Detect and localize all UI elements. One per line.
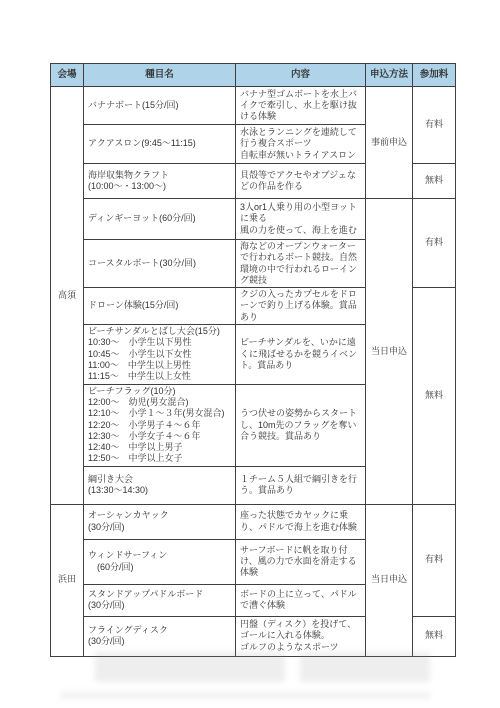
fee-cell: 有料	[413, 199, 456, 288]
event-name-cell: アクアスロン(9:45～11:15)	[84, 125, 236, 164]
event-name-cell: ビーチサンダルとばし大会(15分) 10:30～ 小学生以下男性 10:45～ …	[84, 324, 236, 384]
page-bleed-through-artifact	[60, 692, 430, 699]
fee-cell: 無料	[413, 616, 456, 656]
description-cell: 貝殻等でアクセやオブジェなどの作品を作る	[236, 164, 366, 199]
event-name-cell: スタンドアップパドルボード (30分/回)	[84, 584, 236, 616]
venue-cell: 浜田	[51, 504, 84, 656]
venue-cell: 高須	[51, 87, 84, 505]
event-name-cell: ビーチフラッグ(10分) 12:00～ 幼児(男女混合) 12:10～ 小学１～…	[84, 384, 236, 466]
event-name-cell: ウィンドサーフィン (60分/回)	[84, 539, 236, 584]
application-cell: 事前申込	[366, 87, 413, 199]
description-cell: 座った状態でカヤックに乗り、パドルで海上を進む体験	[236, 504, 366, 539]
table-row: 浜田 オーシャンカヤック (30分/回) 座った状態でカヤックに乗り、パドルで海…	[51, 504, 456, 539]
fee-cell: 有料	[413, 87, 456, 164]
scanned-document-page: 会場 種目名 内容 申込方法 参加料 高須 バナナボート(15分/回) バナナ型…	[0, 0, 500, 708]
event-name-cell: 綱引き大会 (13:30～14:30)	[84, 466, 236, 504]
page-bleed-through-artifact	[95, 652, 285, 682]
description-cell: クジの入ったカプセルをドローンで釣り上げる体験。賞品あり	[236, 288, 366, 325]
page-bleed-through-artifact	[300, 652, 430, 682]
event-name-cell: バナナボート(15分/回)	[84, 87, 236, 125]
header-description: 内容	[236, 64, 366, 87]
table-row: 高須 バナナボート(15分/回) バナナ型ゴムボートを水上バイクで牽引し、水上を…	[51, 87, 456, 125]
event-name-cell: コースタルボート(30分/回)	[84, 240, 236, 288]
description-cell: 円盤（ディスク）を投げて、ゴールに入れる体験。 ゴルフのようなスポーツ	[236, 616, 366, 656]
header-event-name: 種目名	[84, 64, 236, 87]
event-name-cell: フライングディスク (30分/回)	[84, 616, 236, 656]
event-name-cell: ディンギーヨット(60分/回)	[84, 199, 236, 240]
description-cell: サーフボードに帆を取り付け、風の力で水面を滑走する体験	[236, 539, 366, 584]
fee-cell: 有料	[413, 504, 456, 616]
description-cell: ビーチサンダルを、いかに遠くに飛ばせるかを競うイベント。賞品あり	[236, 324, 366, 384]
description-cell: 3人or1人乗り用の小型ヨットに乗る 風の力を使って、海上を進む	[236, 199, 366, 240]
event-name-cell: ドローン体験(15分/回)	[84, 288, 236, 325]
description-cell: バナナ型ゴムボートを水上バイクで牽引し、水上を駆け抜ける体験	[236, 87, 366, 125]
fee-cell: 無料	[413, 288, 456, 505]
table-row: ディンギーヨット(60分/回) 3人or1人乗り用の小型ヨットに乗る 風の力を使…	[51, 199, 456, 240]
application-cell: 当日申込	[366, 199, 413, 505]
header-application-method: 申込方法	[366, 64, 413, 87]
description-cell: うつ伏せの姿勢からスタートし、10m先のフラッグを奪い合う競技。賞品あり	[236, 384, 366, 466]
header-fee: 参加料	[413, 64, 456, 87]
event-name-cell: オーシャンカヤック (30分/回)	[84, 504, 236, 539]
header-row: 会場 種目名 内容 申込方法 参加料	[51, 64, 456, 87]
event-name-cell: 海岸収集物クラフト (10:00～・13:00～)	[84, 164, 236, 199]
description-cell: 水泳とランニングを連続して行う複合スポーツ 自転車が無いトライアスロン	[236, 125, 366, 164]
description-cell: １チーム５人組で綱引きを行う。賞品あり	[236, 466, 366, 504]
description-cell: 海などのオープンウォーターで行われるボート競技。自然環境の中で行われるローイング…	[236, 240, 366, 288]
description-cell: ボードの上に立って、パドルで漕ぐ体験	[236, 584, 366, 616]
header-venue: 会場	[51, 64, 84, 87]
event-schedule-table: 会場 種目名 内容 申込方法 参加料 高須 バナナボート(15分/回) バナナ型…	[50, 63, 456, 657]
application-cell: 当日申込	[366, 504, 413, 656]
fee-cell: 無料	[413, 164, 456, 199]
